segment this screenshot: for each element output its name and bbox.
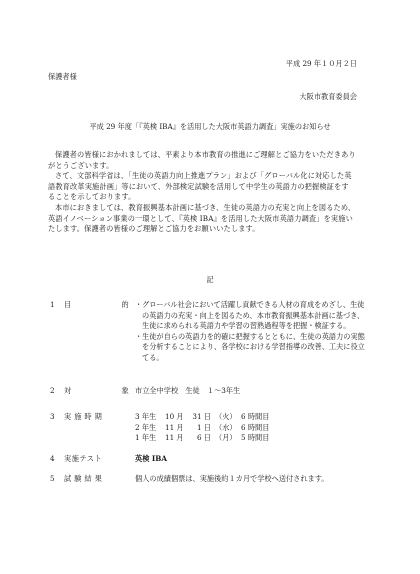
schedule-row: 1 年生11 月6 日（月）5 時間目 xyxy=(135,433,365,444)
ki-heading: 記 xyxy=(0,275,420,285)
month: 11 月 xyxy=(165,433,189,444)
bullet-text: グローバル社会において活躍し貢献できる人材の育成をめざし、生徒の英語力の充実・向… xyxy=(142,300,364,330)
period: 5 時間目 xyxy=(241,433,269,444)
grade: 2 年生 xyxy=(135,423,165,434)
item-number: 1 xyxy=(50,300,55,309)
item-label: 試験結果 xyxy=(64,474,105,484)
item-content: 英検 IBA xyxy=(135,454,365,465)
bullet-mark: ・ xyxy=(135,332,142,343)
body-paragraph: 本市におきましては、教育振興基本計画に基づき、生徒の英語力の充実と向上を図るため… xyxy=(48,203,356,235)
bullet-mark: ・ xyxy=(135,300,142,311)
schedule-table: 3 年生10 月31 日（火）6 時間目 2 年生11 月1 日（水）6 時間目… xyxy=(135,412,365,444)
day: 1 日 xyxy=(189,423,215,434)
document-date: 平成 29 年１０月２日 xyxy=(286,59,357,69)
month: 10 月 xyxy=(165,412,189,423)
item-label: 実施時期 xyxy=(64,412,105,422)
body-paragraph: さて、文部科学省は、「生徒の英語力向上推進プラン」および「グローバル化に対応した… xyxy=(48,171,356,203)
grade: 3 年生 xyxy=(135,412,165,423)
day: 31 日 xyxy=(189,412,215,423)
document-title: 平成 29 年度「『英検 IBA』を活用した大阪市英語力調査」実施のお知らせ xyxy=(0,122,420,132)
addressee: 保護者様 xyxy=(48,72,77,82)
schedule-row: 2 年生11 月1 日（水）6 時間目 xyxy=(135,423,365,434)
grade: 1 年生 xyxy=(135,433,165,444)
schedule-row: 3 年生10 月31 日（火）6 時間目 xyxy=(135,412,365,423)
period: 6 時間目 xyxy=(241,423,269,434)
item-label: 実施テスト xyxy=(64,454,102,464)
weekday: （月） xyxy=(215,433,241,444)
sender: 大阪市教育委員会 xyxy=(299,92,357,102)
item-content: 個人の成績個票は、実施後約１カ月で学校へ送付されます。 xyxy=(135,474,365,485)
month: 11 月 xyxy=(165,423,189,434)
item-content: 市立全中学校 生徒 １～3年生 xyxy=(135,386,365,397)
weekday: （水） xyxy=(215,423,241,434)
body-text: 保護者の皆様におかれましては、平素より本市教育の推進にご理解とご協力をいただきあ… xyxy=(48,150,356,235)
item-number: 3 xyxy=(50,412,55,421)
bullet-item: ・ 生徒が自らの英語力を的確に把握するとともに、生徒の英語力の実態を分析すること… xyxy=(135,332,365,364)
day: 6 日 xyxy=(189,433,215,444)
item-number: 4 xyxy=(50,454,55,463)
item-number: 2 xyxy=(50,386,55,395)
body-paragraph: 保護者の皆様におかれましては、平素より本市教育の推進にご理解とご協力をいただきあ… xyxy=(48,150,356,171)
item-number: 5 xyxy=(50,474,55,483)
bullet-item: ・ グローバル社会において活躍し貢献できる人材の育成をめざし、生徒の英語力の充実… xyxy=(135,300,365,332)
period: 6 時間目 xyxy=(241,412,269,423)
item-content: ・ グローバル社会において活躍し貢献できる人材の育成をめざし、生徒の英語力の充実… xyxy=(135,300,365,364)
bullet-text: 生徒が自らの英語力を的確に把握するとともに、生徒の英語力の実態を分析することによ… xyxy=(142,332,365,362)
weekday: （火） xyxy=(215,412,241,423)
